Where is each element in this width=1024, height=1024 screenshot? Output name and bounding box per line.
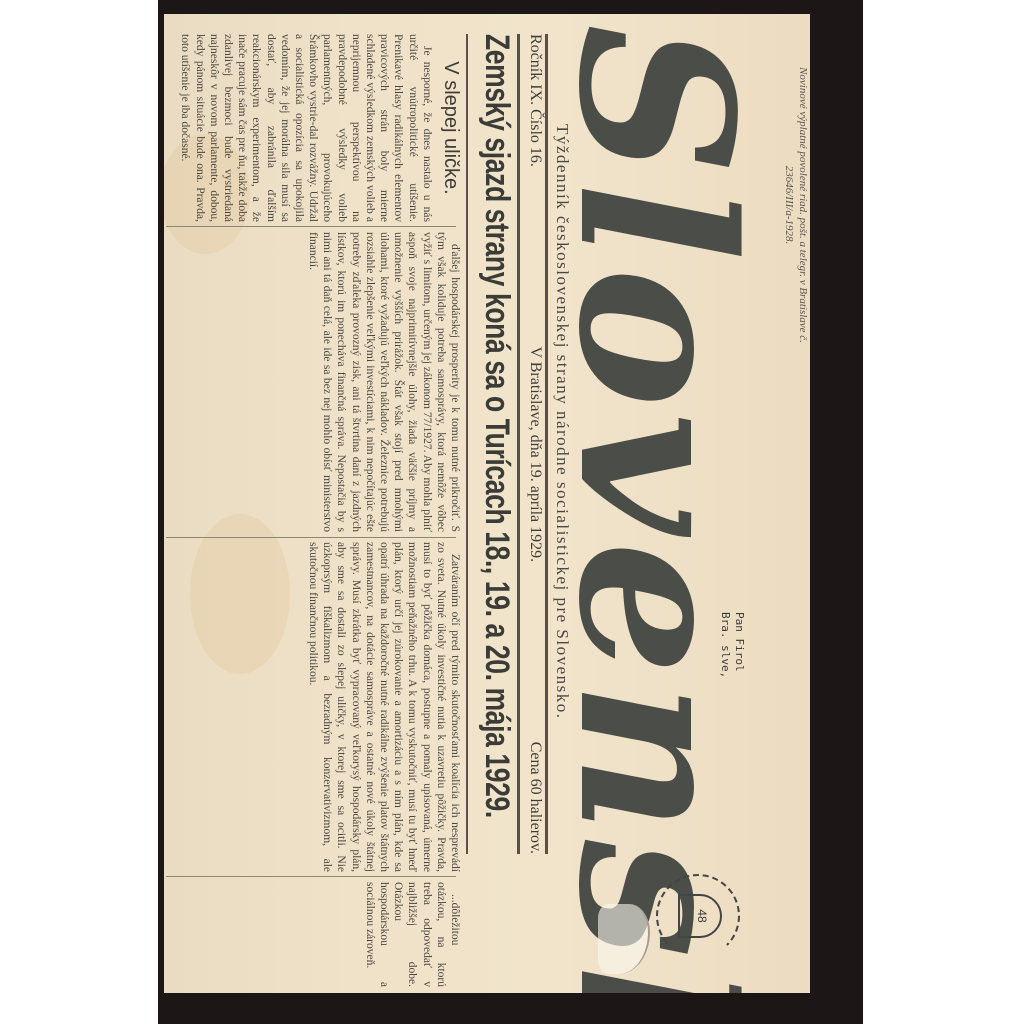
- article-text: ...dôležitou otázkou, na ktorú treba odp…: [363, 882, 462, 987]
- article-column-2: ďalšej hospodárskej prosperity je k tomu…: [164, 232, 462, 532]
- stamp-line-2: Bra. slve,: [719, 612, 732, 678]
- divider-rule: [466, 34, 468, 854]
- article-column-1: V slepej uličke. Je nesporné, že dnes na…: [164, 34, 462, 222]
- stamp-line-1: Pan Firol: [733, 612, 746, 672]
- main-headline: Zemský sjazd strany koná sa o Turícach 1…: [477, 34, 516, 674]
- masthead-subtitle: Týždenník československej strany národne…: [552, 124, 572, 824]
- dateline: V Bratislave, dňa 19. apríla 1929.: [526, 346, 544, 562]
- article-column-4: ...dôležitou otázkou, na ktorú treba odp…: [164, 882, 462, 987]
- divider-rule: [545, 34, 548, 854]
- divider-rule: [517, 34, 520, 854]
- article-column-3: Zatváraním očí pred týmito skutočnosťami…: [164, 542, 462, 872]
- postmark-number: 48: [678, 894, 722, 938]
- article-text: Zatváraním očí pred týmito skutočnosťami…: [306, 542, 462, 872]
- issue-info-line: Ročník IX. Číslo 16. V Bratislave, dňa 1…: [526, 34, 544, 854]
- article-heading: V slepej uličke.: [444, 34, 458, 222]
- typed-address-stamp: Pan Firol Bra. slve,: [718, 612, 746, 678]
- newspaper-page: Novinové výplatné povolené riad. pošt. a…: [164, 14, 810, 993]
- article-text: Je nesporné, že dnes nastalo u nás určit…: [178, 34, 434, 222]
- article-text: ďalšej hospodárskej prosperity je k tomu…: [306, 232, 462, 532]
- postal-note: Novinové výplatné povolené riad. pošt. a…: [782, 40, 810, 370]
- price: Cena 60 halierov.: [526, 742, 544, 854]
- article-columns: V slepej uličke. Je nesporné, že dnes na…: [164, 14, 462, 993]
- newspaper-sheet: Novinové výplatné povolené riad. pošt. a…: [164, 14, 810, 993]
- masthead-title: Slovenské Slovo: [540, 24, 770, 924]
- volume-issue: Ročník IX. Číslo 16.: [526, 34, 544, 167]
